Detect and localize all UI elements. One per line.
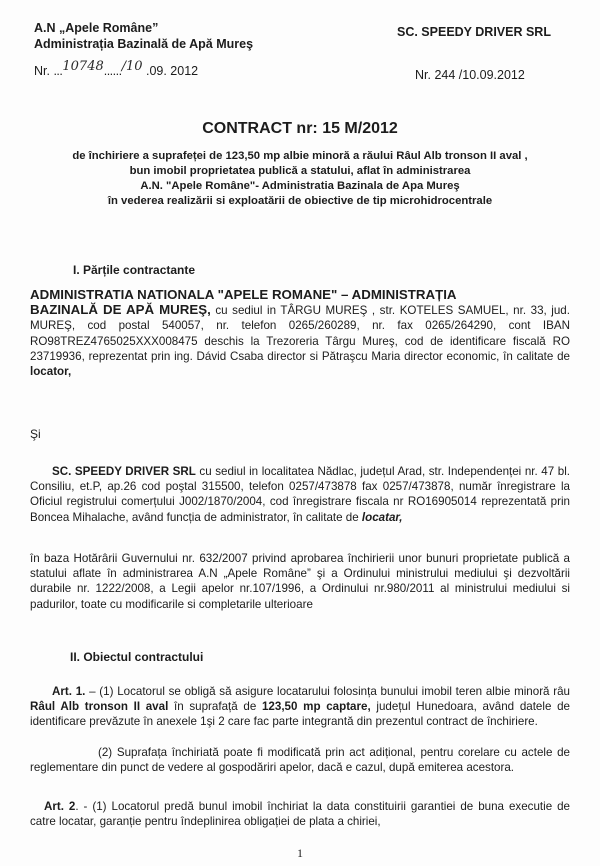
handwritten-number: 10748 bbox=[62, 59, 103, 74]
party-locator: ADMINISTRATIA NATIONALA "APELE ROMANE" –… bbox=[30, 287, 570, 379]
counterparty-registration-number: Nr. 244 /10.09.2012 bbox=[415, 67, 525, 83]
article-1-paragraph-2: (2) Suprafața închiriată poate fi modifi… bbox=[30, 745, 570, 775]
counterparty-header: SC. SPEEDY DRIVER SRL bbox=[397, 24, 551, 40]
contract-subtitle: de închiriere a suprafeței de 123,50 mp … bbox=[20, 149, 580, 209]
issuer-name: A.N „Apele Române” bbox=[34, 20, 253, 36]
locator-name-line1: ADMINISTRATIA NATIONALA "APELE ROMANE" –… bbox=[30, 287, 570, 302]
locator-name-line2: BAZINALĂ DE APĂ MUREŞ, bbox=[30, 302, 211, 317]
article-1-paragraph-1: Art. 1. – (1) Locatorul se obligă să asi… bbox=[30, 684, 570, 730]
issuer-header: A.N „Apele Române” Administrația Bazinal… bbox=[34, 20, 253, 52]
article-2-paragraph-1: Art. 2. - (1) Locatorul predă bunul imob… bbox=[30, 799, 570, 829]
article-1-label: Art. 1. bbox=[52, 685, 85, 698]
locatar-name: SC. SPEEDY DRIVER SRL bbox=[52, 465, 196, 478]
locatar-role: locatar, bbox=[362, 511, 403, 524]
page-number: 1 bbox=[0, 846, 600, 861]
locator-role: locator, bbox=[30, 365, 71, 378]
article-2-label: Art. 2 bbox=[44, 800, 75, 813]
section-heading-object: II. Obiectul contractului bbox=[70, 650, 203, 664]
issuer-subdivision: Administrația Bazinală de Apă Mureş bbox=[34, 36, 253, 52]
section-heading-parties: I. Părțile contractante bbox=[73, 263, 195, 277]
handwritten-day: /10 bbox=[122, 59, 143, 74]
conjunction-and: Şi bbox=[30, 427, 41, 441]
contract-title: CONTRACT nr: 15 M/2012 bbox=[0, 120, 600, 138]
document-page: A.N „Apele Române” Administrația Bazinal… bbox=[0, 0, 600, 866]
party-locatar: SC. SPEEDY DRIVER SRL cu sediul in local… bbox=[30, 464, 570, 525]
legal-basis-paragraph: în baza Hotărârii Guvernului nr. 632/200… bbox=[30, 551, 570, 612]
issuer-registration-number: Nr. ...10748....../10 .09. 2012 bbox=[34, 63, 198, 80]
